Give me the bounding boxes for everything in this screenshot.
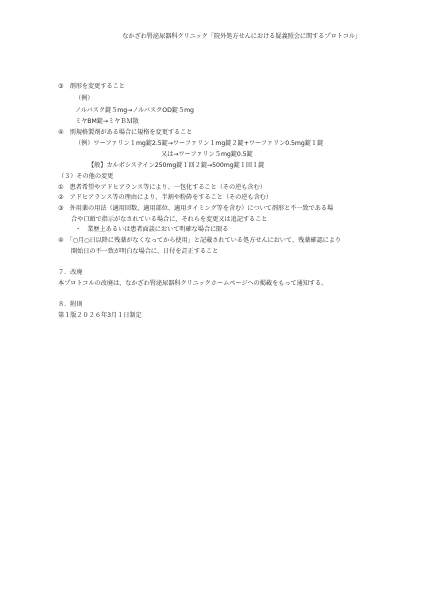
- document-line: ・ 業歴上あるいは患者面談において明確な場合に限る: [75, 226, 228, 234]
- document-line: （例）ワーファリン１mg錠2.5錠→ワーファリン１mg錠２錠+ワーファリン0.5…: [75, 140, 323, 148]
- document-line: （例）: [75, 95, 93, 103]
- document-line: ③ 外用薬の用法（適用回数、適用部位、適用タイミング等を含む）について剤形と不一…: [58, 205, 333, 213]
- document-line: 第１版２０２６年3月１日制定: [58, 312, 142, 320]
- document-line: （３）その他の変更: [58, 173, 113, 181]
- document-line: ③ 剤形を変更すること: [58, 83, 125, 91]
- document-line: ミヤBM錠→ミヤＢＭ散: [75, 118, 139, 126]
- document-line: 合や口頭で指示がなされている場合に、それらを変更又は追記すること: [71, 216, 267, 224]
- document-line: 本プロトコルの改廃は、なかざわ腎泌尿器科クリニックホームページへの掲載をもって通…: [58, 280, 327, 288]
- document-line: ① 患者希望やアドヒアランス等により、一包化すること（その逆も含む）: [58, 184, 266, 192]
- document-line: ④ 別規格製剤がある場合に規格を変更すること: [58, 129, 192, 137]
- document-line: 又は→ワーファリン５mg錠0.5錠: [161, 151, 253, 159]
- document-line: ノルバスク錠５mg→ノルバスクOD錠５mg: [75, 107, 194, 115]
- document-line: ７．改廃: [58, 269, 83, 277]
- document-line: ８．附則: [58, 301, 83, 309]
- document-line: 【般】カルボシステイン250mg錠１回２錠→500mg錠１回１錠: [88, 162, 264, 170]
- document-line: 開始日の不一致が明白な場合に、日付を訂正すること: [71, 248, 218, 256]
- document-page: なかざわ腎泌尿器科クリニック「院外処方せんにおける疑義照会に関するプロトコル」 …: [0, 0, 424, 600]
- page-header: なかざわ腎泌尿器科クリニック「院外処方せんにおける疑義照会に関するプロトコル」: [122, 33, 361, 41]
- document-line: ② アドヒアランス等の理由により、半割や粉砕をすること（その逆も含む）: [58, 194, 272, 202]
- document-line: ④ 「○月○日以降に残薬がなくなってから使用」と記載されている処方せんにおいて、…: [58, 237, 341, 245]
